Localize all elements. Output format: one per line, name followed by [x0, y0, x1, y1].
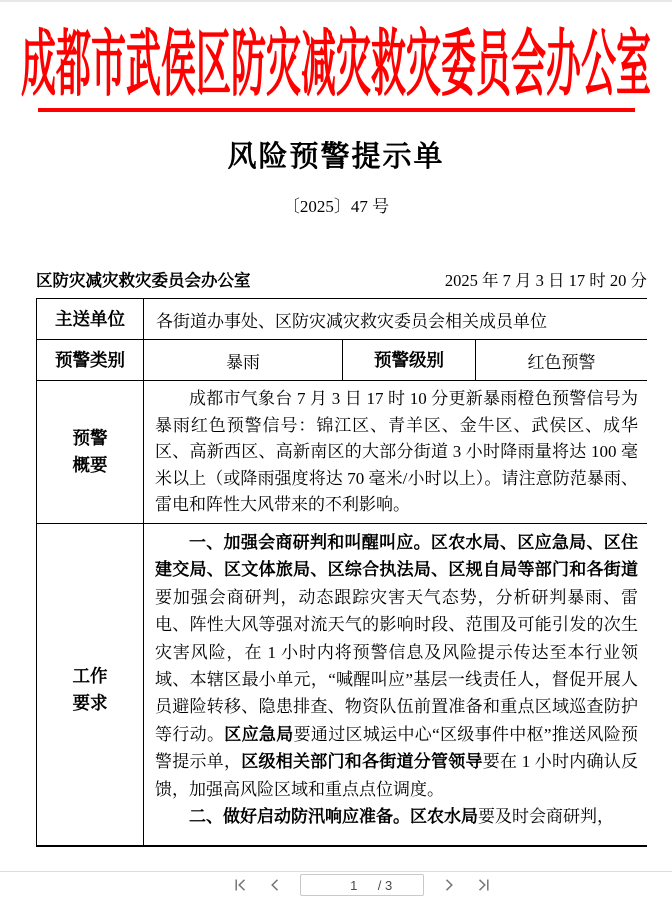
first-page-button[interactable] [230, 874, 252, 896]
pager: / 3 [230, 874, 494, 896]
next-page-button[interactable] [438, 874, 460, 896]
meta-row: 区防灾减灾救灾委员会办公室 2025 年 7 月 3 日 17 时 20 分 [36, 267, 647, 291]
chevron-right-icon [441, 877, 457, 893]
requirements-paragraph-1: 一、加强会商研判和叫醒叫应。区农水局、区应急局、区住建交局、区文体旅局、区综合执… [155, 529, 638, 803]
last-page-icon [475, 877, 491, 893]
table-row-requirements: 工作 要求 一、加强会商研判和叫醒叫应。区农水局、区应急局、区住建交局、区文体旅… [37, 523, 648, 847]
warning-level-label: 预警级别 [343, 340, 476, 381]
requirements-text: 一、加强会商研判和叫醒叫应。区农水局、区应急局、区住建交局、区文体旅局、区综合执… [144, 523, 648, 847]
page-number-box: / 3 [300, 874, 424, 896]
table-row-warning-type: 预警类别 暴雨 预警级别 红色预警 [37, 340, 648, 381]
first-page-icon [233, 877, 249, 893]
page-total-label: / 3 [378, 878, 392, 893]
previous-page-button[interactable] [264, 874, 286, 896]
issue-datetime: 2025 年 7 月 3 日 17 时 20 分 [445, 267, 647, 291]
document-title: 风险预警提示单 [0, 134, 672, 175]
last-page-button[interactable] [472, 874, 494, 896]
warning-level-value: 红色预警 [476, 340, 648, 381]
warning-type-label: 预警类别 [37, 340, 144, 381]
warning-table-clip: 主送单位 各街道办事处、区防灾减灾救灾委员会相关成员单位 预警类别 暴雨 预警级… [36, 298, 647, 847]
recipients-value: 各街道办事处、区防灾减灾救灾委员会相关成员单位 [144, 299, 648, 340]
summary-label: 预警 概要 [37, 381, 144, 524]
summary-text: 成都市气象台 7 月 3 日 17 时 10 分更新暴雨橙色预警信号为暴雨红色预… [144, 381, 648, 524]
chevron-left-icon [267, 877, 283, 893]
top-border [0, 0, 672, 2]
issuer-name: 区防灾减灾救灾委员会办公室 [36, 267, 251, 291]
letterhead-title: 成都市武侯区防灾减灾救灾委员会办公室 [21, 8, 651, 112]
recipients-label: 主送单位 [37, 299, 144, 340]
requirements-paragraph-2: 二、做好启动防汛响应准备。区农水局要及时会商研判， [155, 803, 638, 830]
pager-bar: / 3 [0, 871, 672, 898]
letterhead: 成都市武侯区防灾减灾救灾委员会办公室 [0, 12, 672, 108]
table-row-summary: 预警 概要 成都市气象台 7 月 3 日 17 时 10 分更新暴雨橙色预警信号… [37, 381, 648, 524]
document-number: 〔2025〕47 号 [0, 192, 672, 217]
page-number-input[interactable] [332, 878, 376, 893]
requirements-label: 工作 要求 [37, 523, 144, 847]
warning-type-value: 暴雨 [144, 340, 343, 381]
table-row-recipients: 主送单位 各街道办事处、区防灾减灾救灾委员会相关成员单位 [37, 299, 648, 340]
warning-table: 主送单位 各街道办事处、区防灾减灾救灾委员会相关成员单位 预警类别 暴雨 预警级… [36, 298, 647, 847]
